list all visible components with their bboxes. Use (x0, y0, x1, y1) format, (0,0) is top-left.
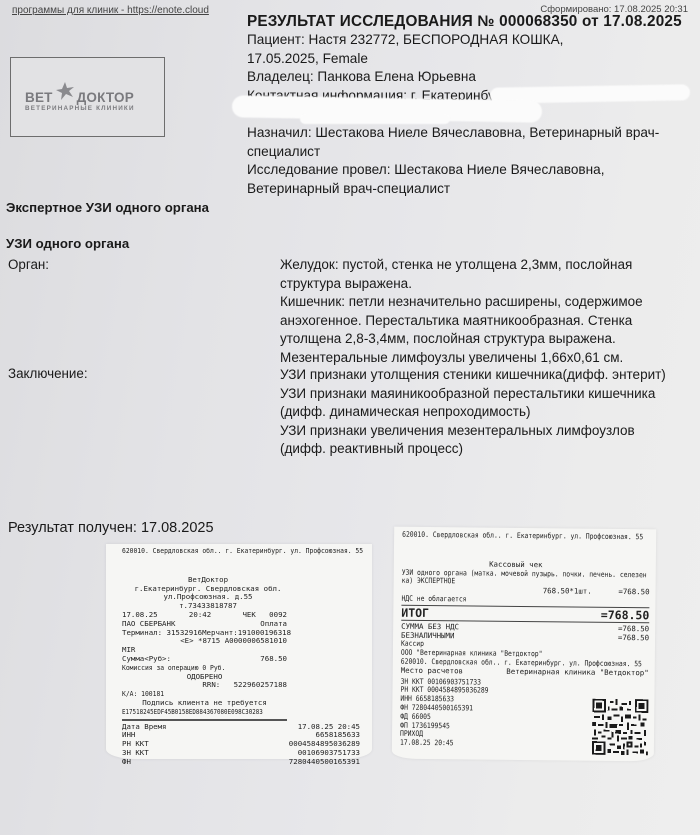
logo-brand-left: ВЕТ (25, 90, 53, 105)
logo-brand-right: ДОКТОР (77, 90, 134, 105)
receipt-place-label: Место расчетов (401, 666, 463, 675)
receipt-total-label: ИТОГ (401, 605, 429, 619)
slip-separator (122, 719, 287, 721)
finding-line: Желудок: пустой, стенка не утолщена 2,3м… (280, 256, 690, 275)
organ-findings: Желудок: пустой, стенка не утолщена 2,3м… (280, 256, 690, 368)
card-payment-slip: 620010. Свердловская обл.. г. Екатеринбу… (106, 544, 372, 759)
receipt-fiscal-line: 17.08.25 20:45 (400, 739, 613, 750)
paw-star-icon (54, 81, 76, 101)
finding-line: утолщена 2,8-3,4мм, послойная структура … (280, 330, 690, 349)
receipt-total-value: =768.50 (601, 608, 650, 623)
study-section-title: Экспертное УЗИ одного органа (6, 200, 209, 215)
conclusion-label: Заключение: (8, 366, 88, 381)
slip-amount: 768.50 (260, 655, 287, 664)
performed-by-line-2: Ветеринарный врач-специалист (247, 180, 695, 199)
assigned-by-line: Назначил: Шестакова Ниеле Вячеславовна, … (247, 124, 695, 143)
redaction-mark (300, 114, 450, 124)
slip-footer-label: ФН (122, 758, 131, 767)
enote-link[interactable]: программы для клиник - https://enote.clo… (12, 5, 209, 16)
conclusion-line: УЗИ признаки маяиникообразной перестальт… (280, 385, 700, 404)
finding-line: анэхогенное. Перестальтика маятникообраз… (280, 312, 690, 331)
clinic-logo: ВЕТ ДОКТОР ВЕТЕРИНАРНЫЕ КЛИНИКИ (10, 57, 165, 137)
finding-line: структура выражена. (280, 275, 690, 294)
slip-auth-code: К/А: 100181 (122, 690, 264, 699)
slip-signature-note: Подпись клиента не требуется (122, 699, 287, 708)
slip-card: <E> *8715 A0000006581010 (180, 637, 287, 646)
performed-by-line: Исследование провел: Шестакова Ниеле Вяч… (247, 161, 695, 180)
qr-code-icon (592, 699, 649, 756)
slip-footer-value: 7280440500165391 (289, 758, 360, 767)
study-subsection-title: УЗИ одного органа (6, 236, 129, 251)
assigned-by-line-2: специалист (247, 143, 695, 162)
slip-address: 620010. Свердловская обл.. г. Екатеринбу… (122, 547, 330, 556)
owner-line: Владелец: Панкова Елена Юрьевна (247, 68, 695, 87)
patient-birthdate-line: 17.05.2025, Female (247, 50, 695, 69)
slip-header-line: ул.Профсоюзная. д.55 (122, 593, 364, 602)
slip-hash: E17518245EDF45B0158ED884367080E098C30283 (122, 708, 264, 717)
result-received: Результат получен: 17.08.2025 (8, 520, 214, 536)
slip-time: 20:42 (189, 611, 211, 620)
slip-commission: Комиссия за операцию 0 Руб. (122, 664, 264, 673)
conclusion-text: УЗИ признаки утолщения стеники кишечника… (280, 366, 700, 459)
finding-line: Кишечник: петли незначительно расширены,… (280, 293, 690, 312)
conclusion-line: УЗИ признаки утолщения стеники кишечника… (280, 366, 700, 385)
receipt-row-value: =768.50 (618, 634, 649, 643)
receipt-place-value: Ветеринарная клиника "Ветдоктор" (506, 668, 648, 678)
slip-rrn-label: RRN: (202, 680, 220, 689)
organ-label: Орган: (8, 257, 49, 272)
report-title: РЕЗУЛЬТАТ ИССЛЕДОВАНИЯ № 000068350 от 17… (247, 12, 695, 31)
finding-line: Мезентеральные лимфоузлы увеличены 1,66х… (280, 349, 690, 368)
receipt-item-total: =768.50 (618, 587, 649, 596)
conclusion-line: УЗИ признаки увеличения мезентеральных л… (280, 422, 700, 441)
patient-line: Пациент: Настя 232772, БЕСПОРОДНАЯ КОШКА… (247, 31, 695, 50)
cash-register-receipt: 620010. Свердловская обл.. г. Екатеринбу… (392, 527, 656, 762)
conclusion-line: (дифф. реактивный процесс) (280, 440, 700, 459)
slip-rrn: 522960257188 (234, 680, 287, 689)
conclusion-line: (дифф. динамическая непроходимость) (280, 403, 700, 422)
logo-subtitle: ВЕТЕРИНАРНЫЕ КЛИНИКИ (25, 105, 135, 112)
